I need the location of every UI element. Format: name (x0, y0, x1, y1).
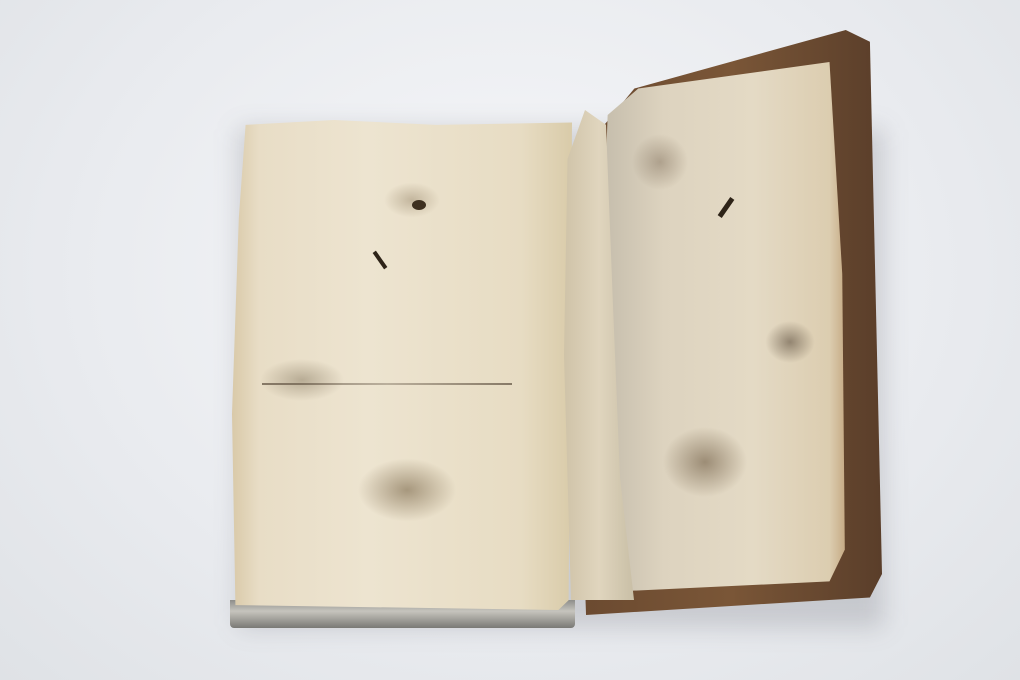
left-page-crease (262, 383, 512, 385)
left-endpaper (232, 120, 572, 610)
right-pastedown (600, 62, 855, 592)
stain-mark (412, 200, 426, 210)
